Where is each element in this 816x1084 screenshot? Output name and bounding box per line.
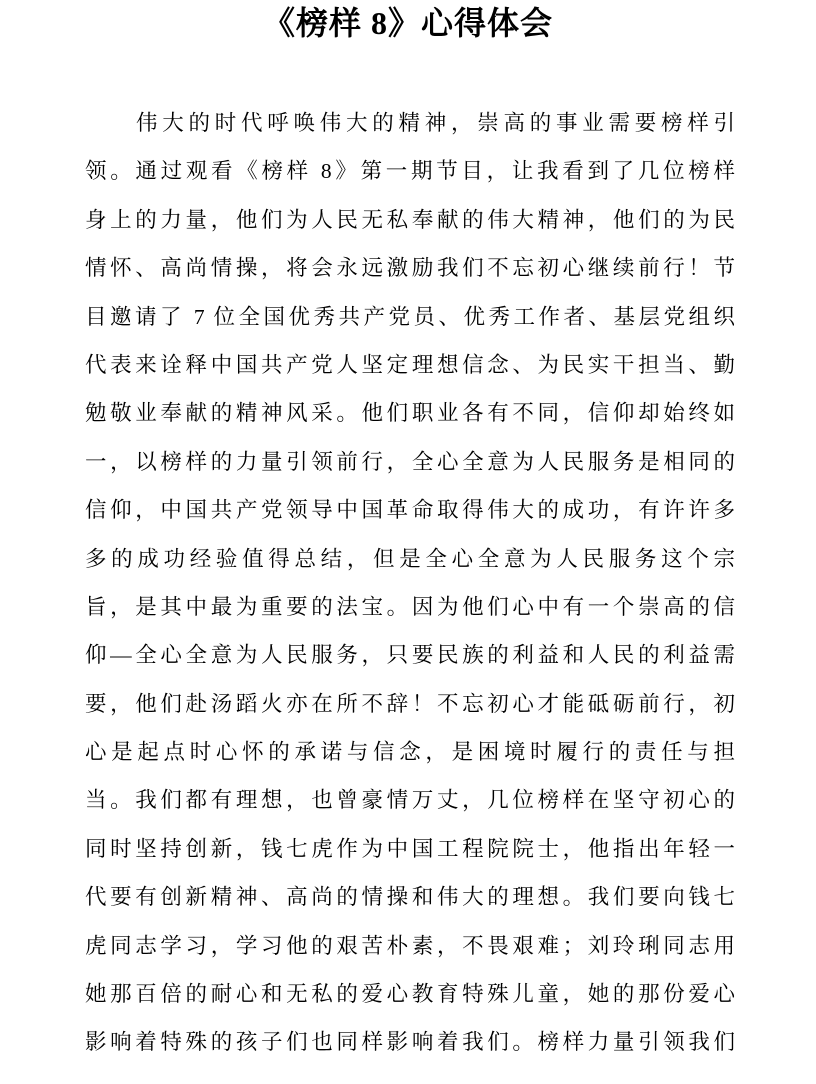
paragraph-line: 同时坚持创新，钱七虎作为中国工程院院士，他指出年轻一 bbox=[85, 825, 735, 873]
paragraph-line: 一，以榜样的力量引领前行，全心全意为人民服务是相同的 bbox=[85, 438, 735, 486]
paragraph-line: 信仰，中国共产党领导中国革命取得伟大的成功，有许许多 bbox=[85, 486, 735, 534]
paragraph-line: 影响着特殊的孩子们也同样影响着我们。榜样力量引领我们 bbox=[85, 1018, 735, 1066]
paragraph-line: 心是起点时心怀的承诺与信念，是困境时履行的责任与担 bbox=[85, 728, 735, 776]
paragraph-line: 要，他们赴汤蹈火亦在所不辞！不忘初心才能砥砺前行，初 bbox=[85, 680, 735, 728]
paragraph-line: 虎同志学习，学习他的艰苦朴素，不畏艰难；刘玲琍同志用 bbox=[85, 922, 735, 970]
paragraph-line: 旨，是其中最为重要的法宝。因为他们心中有一个崇高的信 bbox=[85, 583, 735, 631]
document-title: 《榜样 8》心得体会 bbox=[0, 0, 816, 46]
paragraph-line: 当。我们都有理想，也曾豪情万丈，几位榜样在坚守初心的 bbox=[85, 776, 735, 824]
paragraph-line: 仰—全心全意为人民服务，只要民族的利益和人民的利益需 bbox=[85, 631, 735, 679]
paragraph-line: 代要有创新精神、高尚的情操和伟大的理想。我们要向钱七 bbox=[85, 873, 735, 921]
paragraph-line: 目邀请了 7 位全国优秀共产党员、优秀工作者、基层党组织 bbox=[85, 293, 735, 341]
document-page: 《榜样 8》心得体会 伟大的时代呼唤伟大的精神，崇高的事业需要榜样引领。通过观看… bbox=[0, 0, 816, 1084]
paragraph-line: 身上的力量，他们为人民无私奉献的伟大精神，他们的为民 bbox=[85, 196, 735, 244]
document-body-paragraph: 伟大的时代呼唤伟大的精神，崇高的事业需要榜样引领。通过观看《榜样 8》第一期节目… bbox=[85, 99, 735, 1067]
paragraph-line: 她那百倍的耐心和无私的爱心教育特殊儿童，她的那份爱心 bbox=[85, 970, 735, 1018]
paragraph-line: 伟大的时代呼唤伟大的精神，崇高的事业需要榜样引 bbox=[85, 99, 735, 147]
paragraph-line: 代表来诠释中国共产党人坚定理想信念、为民实干担当、勤 bbox=[85, 341, 735, 389]
paragraph-line: 情怀、高尚情操，将会永远激励我们不忘初心继续前行！节 bbox=[85, 244, 735, 292]
paragraph-line: 勉敬业奉献的精神风采。他们职业各有不同，信仰却始终如 bbox=[85, 389, 735, 437]
paragraph-line: 领。通过观看《榜样 8》第一期节目，让我看到了几位榜样 bbox=[85, 147, 735, 195]
paragraph-line: 多的成功经验值得总结，但是全心全意为人民服务这个宗 bbox=[85, 535, 735, 583]
